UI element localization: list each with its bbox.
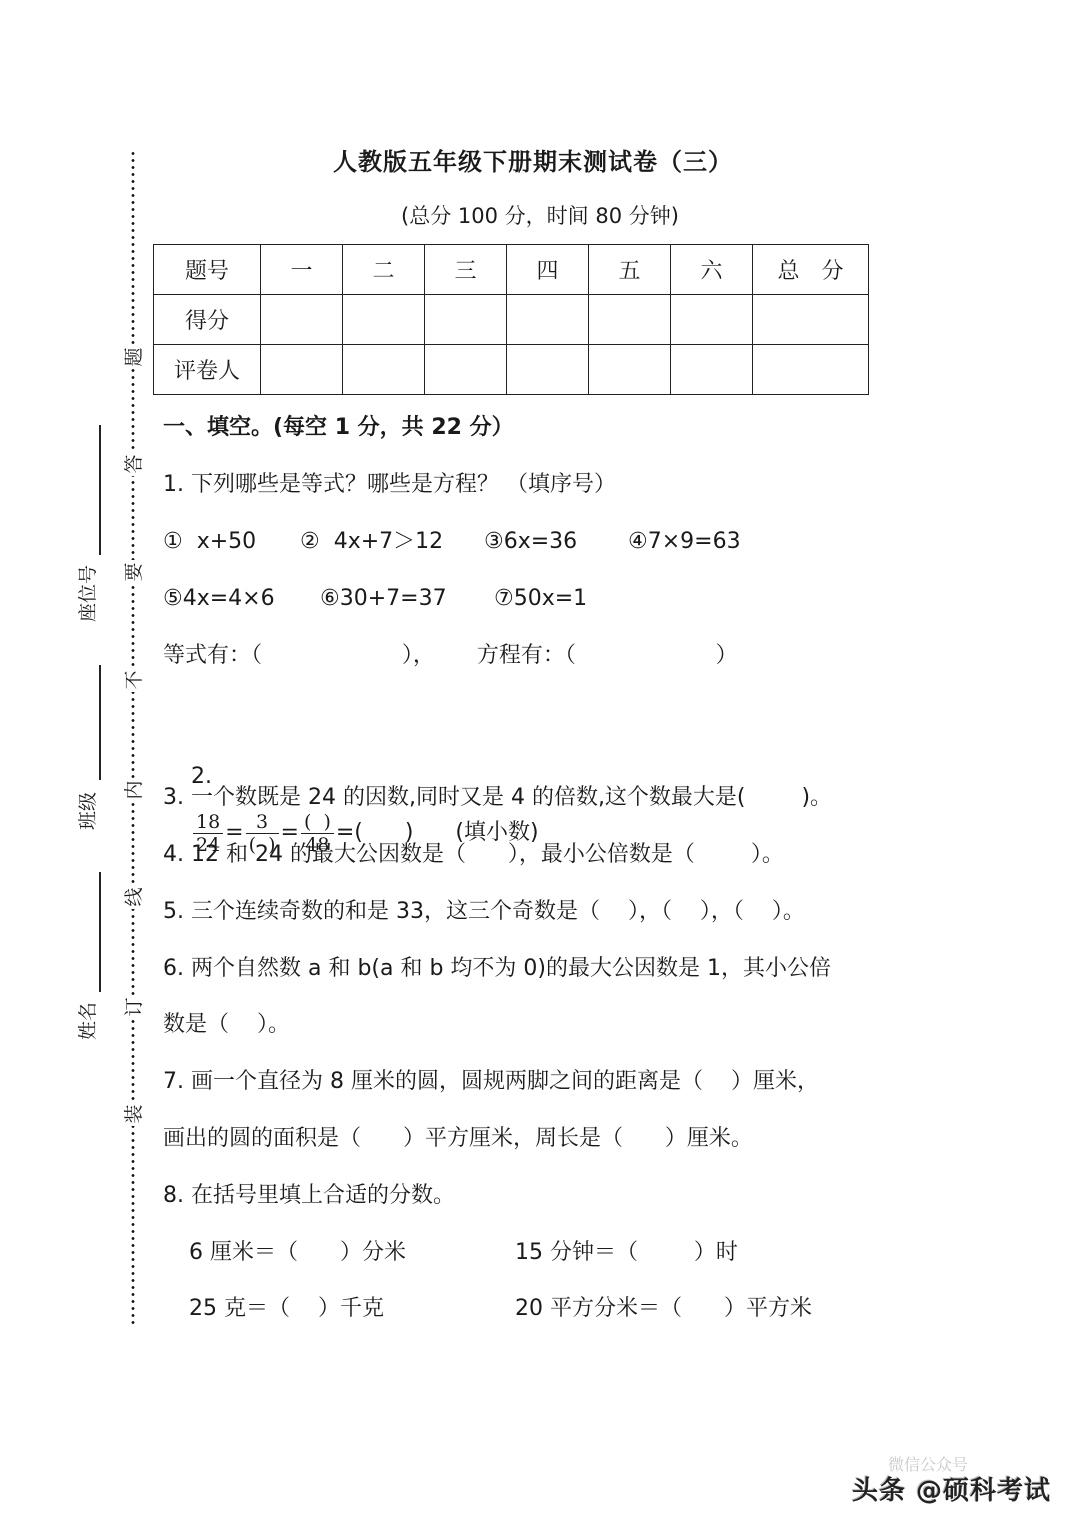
grader-cell[interactable] (507, 345, 589, 395)
grader-cell[interactable] (425, 345, 507, 395)
table-header-cell: 四 (507, 245, 589, 295)
exam-page: 题 答 要 不 内 线 订 装 座位号 班级 姓名 人教版五年级下册期末测试卷（… (0, 0, 1080, 1527)
binding-dotted-line (131, 150, 135, 1325)
margin-char: 订 (122, 995, 146, 1019)
option-3: ③6x=36 (484, 527, 577, 557)
score-cell[interactable] (753, 295, 869, 345)
margin-char: 题 (122, 345, 146, 369)
class-field[interactable] (99, 665, 101, 780)
score-cell[interactable] (261, 295, 343, 345)
score-table: 题号 一 二 三 四 五 六 总 分 得分 评卷人 (153, 244, 869, 395)
option-5: ⑤4x=4×6 (163, 584, 275, 614)
table-header-cell: 六 (671, 245, 753, 295)
option-6: ⑥30+7=37 (320, 584, 447, 614)
score-cell[interactable] (589, 295, 671, 345)
seat-number-label: 座位号 (76, 565, 100, 622)
grader-cell[interactable] (671, 345, 753, 395)
grader-cell[interactable] (343, 345, 425, 395)
watermark: 头条 @硕科考试 (852, 1470, 1051, 1507)
table-header-cell: 题号 (154, 245, 261, 295)
question-8: 8. 在括号里填上合适的分数。 (163, 1181, 455, 1211)
score-row: 得分 (154, 295, 869, 345)
margin-char: 不 (122, 668, 146, 692)
question-4: 4. 12 和 24 的最大公因数是（ ），最小公倍数是（ ）。 (163, 840, 784, 870)
option-1: ① x+50 (163, 527, 256, 557)
q1-answer-line[interactable]: 等式有：（ ）， 方程有：（ ） (163, 641, 738, 671)
margin-char: 内 (122, 778, 146, 802)
table-header-cell: 总 分 (753, 245, 869, 295)
score-cell[interactable] (507, 295, 589, 345)
margin-char: 答 (122, 452, 146, 476)
table-header-cell: 三 (425, 245, 507, 295)
question-1: 1. 下列哪些是等式？哪些是方程？ （填序号） (163, 470, 616, 500)
name-label: 姓名 (76, 1002, 100, 1040)
question-6-cont: 数是（ ）。 (163, 1010, 290, 1040)
table-header-cell: 五 (589, 245, 671, 295)
grader-cell[interactable] (261, 345, 343, 395)
question-7-cont: 画出的圆的面积是（ ）平方厘米，周长是（ ）厘米。 (163, 1124, 753, 1154)
question-3: 3. 一个数既是 24 的因数,同时又是 4 的倍数,这个数最大是( )。 (163, 783, 832, 813)
q8-item: 25 克＝（ ）千克 (189, 1294, 384, 1324)
margin-char: 要 (122, 560, 146, 584)
class-label: 班级 (76, 792, 100, 830)
margin-char: 装 (122, 1102, 146, 1126)
name-field[interactable] (99, 872, 101, 992)
seat-number-field[interactable] (99, 425, 101, 555)
option-7: ⑦50x=1 (494, 584, 587, 614)
grader-cell[interactable] (753, 345, 869, 395)
question-6: 6. 两个自然数 a 和 b(a 和 b 均不为 0)的最大公因数是 1，其小公… (163, 954, 831, 984)
table-header-cell: 一 (261, 245, 343, 295)
grader-cell[interactable] (589, 345, 671, 395)
q8-item: 6 厘米＝（ ）分米 (189, 1238, 406, 1268)
row-label: 评卷人 (154, 345, 261, 395)
question-7: 7. 画一个直径为 8 厘米的圆，圆规两脚之间的距离是（ ）厘米， (163, 1067, 819, 1097)
score-table-header-row: 题号 一 二 三 四 五 六 总 分 (154, 245, 869, 295)
score-cell[interactable] (343, 295, 425, 345)
q8-item: 20 平方分米＝（ ）平方米 (515, 1294, 812, 1324)
option-2: ② 4x+7＞12 (300, 527, 443, 557)
exam-title: 人教版五年级下册期末测试卷（三） (0, 142, 1066, 177)
table-header-cell: 二 (343, 245, 425, 295)
q8-item: 15 分钟＝（ ）时 (515, 1238, 738, 1268)
exam-subtitle: (总分 100 分，时间 80 分钟) (0, 200, 1080, 230)
section-heading: 一、填空。(每空 1 分，共 22 分） (163, 413, 514, 443)
option-4: ④7×9=63 (628, 527, 741, 557)
row-label: 得分 (154, 295, 261, 345)
score-cell[interactable] (425, 295, 507, 345)
score-cell[interactable] (671, 295, 753, 345)
question-5: 5. 三个连续奇数的和是 33，这三个奇数是（ ），（ ），（ ）。 (163, 897, 805, 927)
margin-char: 线 (122, 885, 146, 909)
grader-row: 评卷人 (154, 345, 869, 395)
